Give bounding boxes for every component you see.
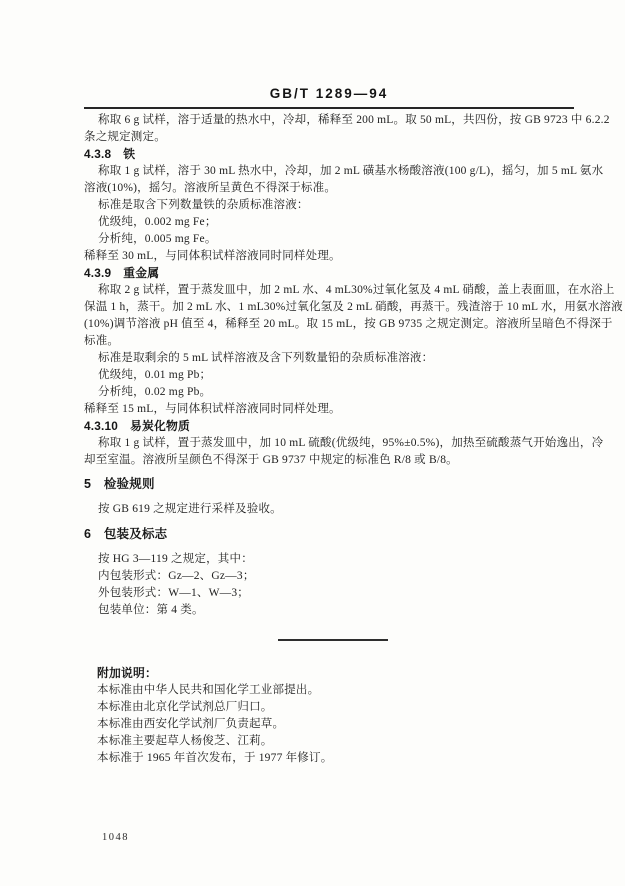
clause-heading-carbonizable: 4.3.10 易炭化物质 (84, 418, 576, 435)
chapter-heading-packaging-marking: 6 包装及标志 (84, 526, 576, 543)
chapter-heading-inspection-rules: 5 检验规则 (84, 476, 576, 493)
impurity-spec-line: 优级纯，0.01 mg Pb； (84, 367, 576, 384)
note-line: 本标准由北京化学试剂总厂归口。 (97, 699, 576, 716)
packaging-spec-line: 外包装形式：W—1、W—3； (84, 585, 576, 602)
standard-number-header: GB/T 1289—94 (84, 86, 574, 101)
note-line: 本标准由西安化学试剂厂负责起草。 (97, 716, 576, 733)
clause-heading-heavy-metals: 4.3.9 重金属 (84, 265, 576, 282)
notes-heading: 附加说明： (97, 665, 576, 682)
paragraph-line: 按 HG 3—119 之规定，其中： (84, 551, 576, 568)
paragraph-line: 称取 1 g 试样，溶于 30 mL 热水中，冷却，加 2 mL 磺基水杨酸溶液… (84, 163, 576, 180)
paragraph-line: 却至室温。溶液所呈颜色不得深于 GB 9737 中规定的标准色 R/8 或 B/… (84, 452, 576, 469)
paragraph-line: 稀释至 30 mL，与同体积试样溶液同时同样处理。 (84, 248, 576, 265)
note-line: 本标准主要起草人杨俊芝、江莉。 (97, 733, 576, 750)
impurity-spec-line: 分析纯，0.005 mg Fe。 (84, 231, 576, 248)
paragraph-line: (10%)调节溶液 pH 值至 4，稀释至 20 mL。取 15 mL，按 GB… (84, 316, 576, 333)
packaging-spec-line: 包装单位：第 4 类。 (84, 602, 576, 619)
document-page: GB/T 1289—94 称取 6 g 试样，溶于适量的热水中，冷却，稀释至 2… (0, 0, 625, 886)
clause-heading-iron: 4.3.8 铁 (84, 146, 576, 163)
packaging-spec-line: 内包装形式：Gz—2、Gz—3； (84, 568, 576, 585)
header-rule (84, 107, 574, 109)
paragraph-line: 称取 2 g 试样，置于蒸发皿中，加 2 mL 水、4 mL30%过氧化氢及 4… (84, 282, 576, 299)
additional-notes: 附加说明： 本标准由中华人民共和国化学工业部提出。 本标准由北京化学试剂总厂归口… (97, 665, 576, 767)
paragraph-line: 标准。 (84, 333, 576, 350)
paragraph-line: 标准是取含下列数量铁的杂质标准溶液： (84, 197, 576, 214)
paragraph-line: 按 GB 619 之规定进行采样及验收。 (84, 501, 576, 518)
paragraph-line: 保温 1 h，蒸干。加 2 mL 水、1 mL30%过氧化氢及 2 mL 硝酸，… (84, 299, 576, 316)
paragraph-line: 称取 1 g 试样，置于蒸发皿中，加 10 mL 硫酸(优级纯，95%±0.5%… (84, 435, 576, 452)
document-body: 称取 6 g 试样，溶于适量的热水中，冷却，稀释至 200 mL。取 50 mL… (84, 112, 576, 767)
impurity-spec-line: 分析纯，0.02 mg Pb。 (84, 384, 576, 401)
note-line: 本标准于 1965 年首次发布，于 1977 年修订。 (97, 750, 576, 767)
paragraph-line: 称取 6 g 试样，溶于适量的热水中，冷却，稀释至 200 mL。取 50 mL… (84, 112, 576, 129)
page-number: 1048 (102, 832, 129, 843)
paragraph-line: 条之规定测定。 (84, 129, 576, 146)
paragraph-line: 标准是取剩余的 5 mL 试样溶液及含下列数量铅的杂质标准溶液： (84, 350, 576, 367)
section-divider (278, 639, 388, 641)
paragraph-line: 溶液(10%)，摇匀。溶液所呈黄色不得深于标准。 (84, 180, 576, 197)
paragraph-line: 稀释至 15 mL，与同体积试样溶液同时同样处理。 (84, 401, 576, 418)
impurity-spec-line: 优级纯，0.002 mg Fe； (84, 214, 576, 231)
note-line: 本标准由中华人民共和国化学工业部提出。 (97, 682, 576, 699)
